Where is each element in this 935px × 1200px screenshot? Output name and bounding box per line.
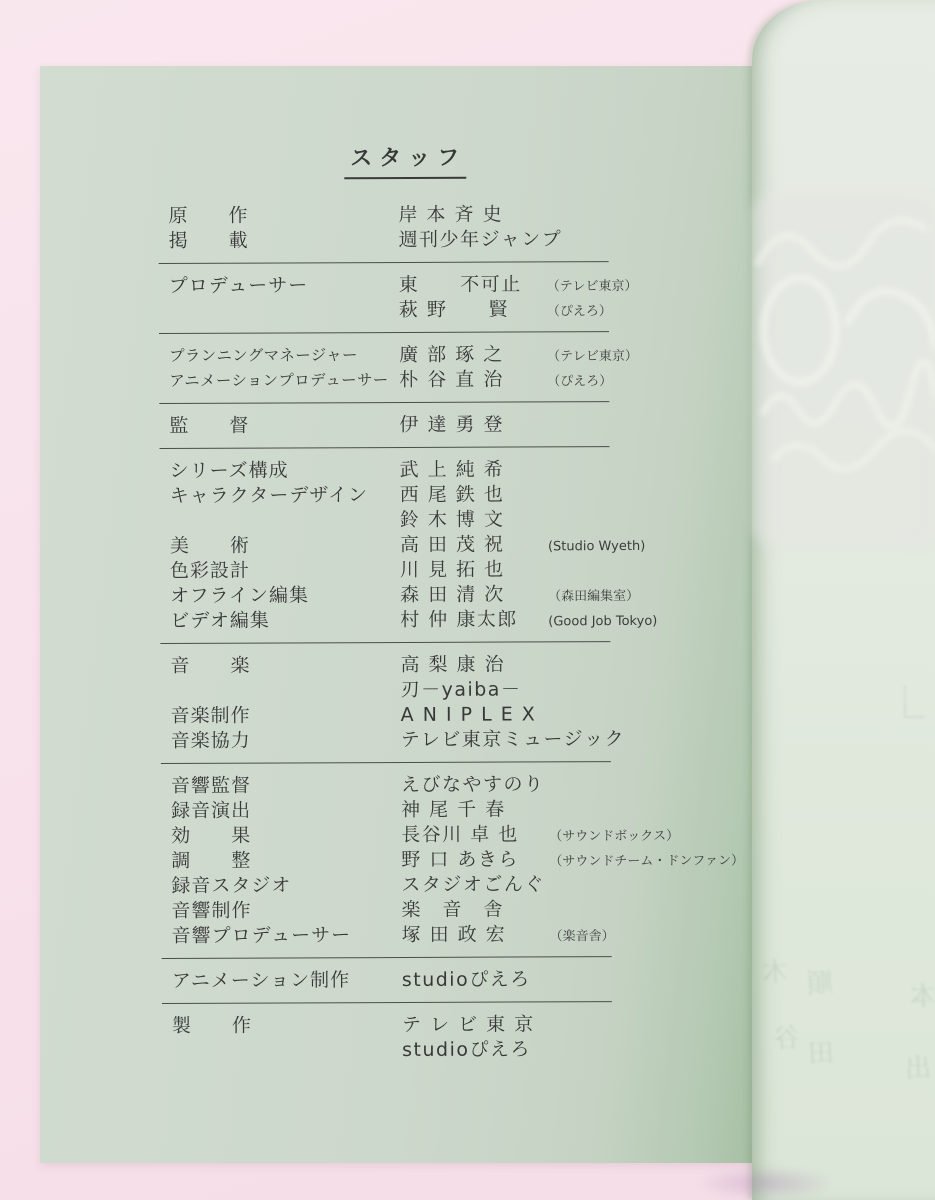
credit-affiliation-note: （テレビ東京） xyxy=(547,349,638,364)
credit-role-label: 録音演出 xyxy=(171,798,401,824)
credit-row: キャラクターデザイン西 尾 鉄 也 xyxy=(40,481,756,509)
page-title: スタッフ xyxy=(344,141,466,180)
credit-affiliation-note: （ぴえろ） xyxy=(547,374,612,389)
credit-role-label xyxy=(172,1038,402,1039)
credit-row: 音響監督えびなやすのり xyxy=(41,771,757,799)
credit-person-name: studioぴえろ xyxy=(402,1037,550,1063)
credit-role-label: 音響監督 xyxy=(171,773,401,799)
showthrough-char: 木 xyxy=(761,951,789,989)
credit-person-name: 刃－yaiba－ xyxy=(400,677,548,703)
credit-person-name: テレビ東京ミュージック xyxy=(401,727,625,753)
section-divider xyxy=(159,401,609,404)
section-divider xyxy=(161,761,611,764)
credit-person-name: 森 田 清 次 xyxy=(400,582,548,608)
credit-person-name: えびなやすのり xyxy=(401,772,549,798)
credit-role-label: 原 作 xyxy=(168,203,398,229)
credit-row: オフライン編集森 田 清 次（森田編集室） xyxy=(40,581,756,609)
credit-row: 録音スタジオスタジオごんぐ xyxy=(41,871,757,899)
credit-row: studioぴえろ xyxy=(42,1036,758,1064)
section-divider xyxy=(159,261,609,264)
credit-row: プランニングマネージャー廣 部 琢 之（テレビ東京） xyxy=(39,341,755,369)
credit-affiliation-note: （楽音舎） xyxy=(550,929,615,944)
showthrough-logo xyxy=(752,205,935,545)
credit-row: プロデューサー東 不可止（テレビ東京） xyxy=(39,271,755,299)
credit-role-label: ビデオ編集 xyxy=(170,608,400,634)
credit-affiliation-note: （サウンドチーム・ドンファン） xyxy=(549,853,744,869)
credit-row: 美 術高 田 茂 祝(Studio Wyeth) xyxy=(40,531,756,559)
credit-person-name: 鈴 木 博 文 xyxy=(400,507,548,533)
credit-person-name: 長谷川 卓 也 xyxy=(401,822,549,848)
credit-role-label: キャラクターデザイン xyxy=(170,483,400,509)
photo-background: { "page": { "title": "スタッフ", "sections":… xyxy=(0,0,935,1200)
showthrough-char: 谷 xyxy=(773,1017,801,1055)
credit-person-name: 武 上 純 希 xyxy=(400,457,548,483)
credit-row: 音楽制作A N I P L E X xyxy=(41,701,757,729)
showthrough-bracket xyxy=(904,686,924,718)
credit-affiliation-note: （テレビ東京） xyxy=(547,279,638,294)
credit-person-name: 廣 部 琢 之 xyxy=(399,342,547,368)
credit-affiliation-note: （ぴえろ） xyxy=(547,304,612,319)
credit-row: 原 作岸 本 斉 史 xyxy=(38,201,754,229)
staff-credits: スタッフ 原 作岸 本 斉 史掲 載週刊少年ジャンププロデューサー東 不可止（テ… xyxy=(38,64,758,1064)
credit-person-name: 野 口 あきら xyxy=(401,847,549,873)
section-divider xyxy=(162,956,612,959)
credit-row: シリーズ構成武 上 純 希 xyxy=(40,456,756,484)
credit-row: ビデオ編集村 仲 康太郎(Good Job Tokyo) xyxy=(40,606,756,634)
credit-role-label xyxy=(170,508,400,509)
credit-person-name: スタジオごんぐ xyxy=(401,872,549,898)
credit-person-name: 伊 達 勇 登 xyxy=(399,412,547,438)
credit-person-name: 東 不可止 xyxy=(399,272,547,298)
credit-affiliation-note: （サウンドボックス） xyxy=(549,829,679,845)
credit-role-label: オフライン編集 xyxy=(170,583,400,609)
credit-role-label: 掲 載 xyxy=(169,228,399,254)
page-bottom-shadow xyxy=(696,1166,836,1200)
credit-person-name: studioぴえろ xyxy=(402,967,550,993)
credit-role-label: 製 作 xyxy=(172,1013,402,1039)
credit-role-label: 効 果 xyxy=(171,823,401,849)
section-divider xyxy=(159,331,609,334)
credit-person-name: テ レ ビ 東 京 xyxy=(402,1012,550,1038)
credit-person-name: A N I P L E X xyxy=(401,702,549,728)
credit-affiliation-note: （森田編集室） xyxy=(548,589,639,604)
credit-person-name: 塚 田 政 宏 xyxy=(402,922,550,948)
credit-affiliation-note: (Studio Wyeth) xyxy=(548,539,645,554)
credit-role-label: 録音スタジオ xyxy=(171,873,401,899)
credit-row: 音響プロデューサー塚 田 政 宏（楽音舎） xyxy=(42,921,758,949)
credit-role-label xyxy=(170,678,400,679)
next-page-edge: 木順本谷田出 xyxy=(752,0,935,1200)
credit-role-label: 監 督 xyxy=(169,413,399,439)
credit-person-name: 楽 音 舎 xyxy=(401,897,549,923)
credit-role-label: プランニングマネージャー xyxy=(169,343,399,369)
credit-row: 録音演出神 尾 千 春 xyxy=(41,796,757,824)
credit-role-label: シリーズ構成 xyxy=(170,458,400,484)
credit-role-label: 調 整 xyxy=(171,848,401,874)
credit-row: 製 作テ レ ビ 東 京 xyxy=(42,1011,758,1039)
section-divider xyxy=(159,446,609,449)
credit-row: 調 整野 口 あきら（サウンドチーム・ドンファン） xyxy=(41,846,757,874)
credit-row: 鈴 木 博 文 xyxy=(40,506,756,534)
credit-row: 監 督伊 達 勇 登 xyxy=(39,411,755,439)
credit-person-name: 朴 谷 直 治 xyxy=(399,367,547,393)
section-divider xyxy=(160,641,610,644)
credit-role-label: プロデューサー xyxy=(169,273,399,299)
credit-person-name: 西 尾 鉄 也 xyxy=(400,482,548,508)
showthrough-char: 田 xyxy=(807,1032,835,1070)
credit-row: 音楽協力テレビ東京ミュージック xyxy=(41,726,757,754)
credit-role-label: 音響プロデューサー xyxy=(172,923,402,949)
credit-person-name: 高 梨 康 治 xyxy=(400,652,548,678)
showthrough-char: 順 xyxy=(806,962,834,1000)
credit-role-label: 音楽制作 xyxy=(171,703,401,729)
credit-row: 刃－yaiba－ xyxy=(40,676,756,704)
credit-role-label: アニメーション制作 xyxy=(172,968,402,994)
credit-row: 色彩設計川 見 拓 也 xyxy=(40,556,756,584)
credit-person-name: 村 仲 康太郎 xyxy=(400,607,548,633)
credit-row: 効 果長谷川 卓 也（サウンドボックス） xyxy=(41,821,757,849)
credit-person-name: 週刊少年ジャンプ xyxy=(399,227,563,253)
credit-role-label: アニメーションプロデューサー xyxy=(169,368,399,394)
showthrough-char: 本 xyxy=(909,975,935,1013)
credit-role-label: 色彩設計 xyxy=(170,558,400,584)
section-divider xyxy=(162,1001,612,1004)
credit-person-name: 高 田 茂 祝 xyxy=(400,532,548,558)
credit-role-label: 音楽協力 xyxy=(171,728,401,754)
staff-sections: 原 作岸 本 斉 史掲 載週刊少年ジャンププロデューサー東 不可止（テレビ東京）… xyxy=(38,201,758,1064)
credit-row: 音 楽高 梨 康 治 xyxy=(40,651,756,679)
credit-row: アニメーションプロデューサー朴 谷 直 治（ぴえろ） xyxy=(39,366,755,394)
credit-role-label: 音響制作 xyxy=(171,898,401,924)
credit-person-name: 川 見 拓 也 xyxy=(400,557,548,583)
credit-person-name: 萩 野 賢 xyxy=(399,297,547,323)
credit-person-name: 岸 本 斉 史 xyxy=(398,202,546,228)
credit-person-name: 神 尾 千 春 xyxy=(401,797,549,823)
credit-row: 音響制作楽 音 舎 xyxy=(41,896,757,924)
credit-row: アニメーション制作studioぴえろ xyxy=(42,966,758,994)
credit-row: 萩 野 賢（ぴえろ） xyxy=(39,296,755,324)
credit-role-label xyxy=(169,298,399,299)
booklet-page: スタッフ 原 作岸 本 斉 史掲 載週刊少年ジャンププロデューサー東 不可止（テ… xyxy=(40,66,756,1163)
credit-row: 掲 載週刊少年ジャンプ xyxy=(39,226,755,254)
credit-affiliation-note: (Good Job Tokyo) xyxy=(548,614,657,629)
credit-role-label: 音 楽 xyxy=(170,653,400,679)
credit-role-label: 美 術 xyxy=(170,533,400,559)
showthrough-char: 出 xyxy=(904,1047,932,1085)
